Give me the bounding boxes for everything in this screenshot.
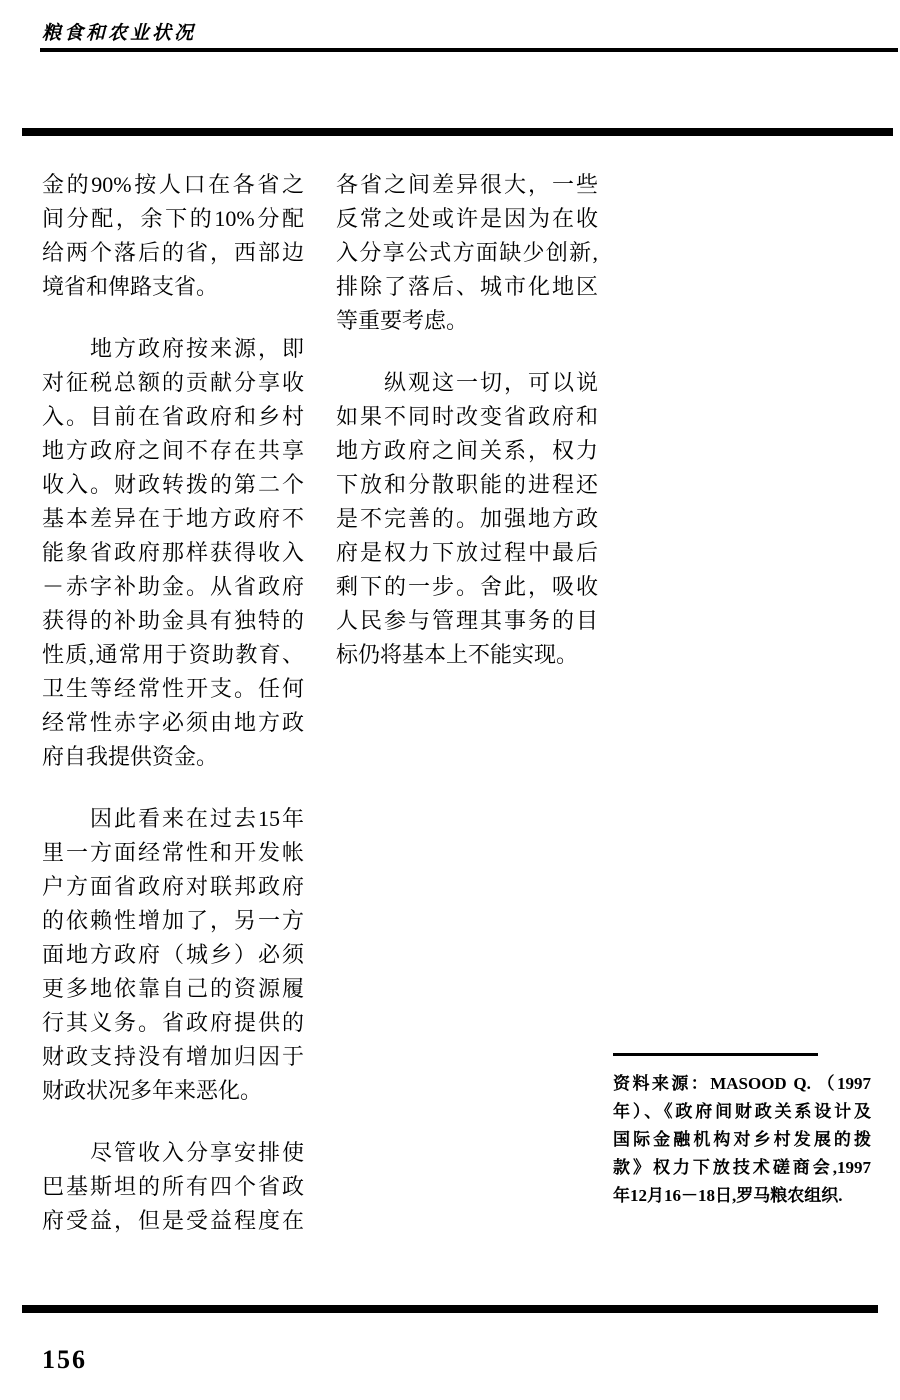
text-line: 因此看来在过去15年 [42, 802, 304, 836]
page-number: 156 [42, 1345, 87, 1375]
text-line: 基本差异在于地方政府不 [42, 502, 304, 536]
text-line: 更多地依靠自己的资源履 [42, 972, 304, 1006]
text-line: 收入。财政转拨的第二个 [42, 468, 304, 502]
right-column: 各省之间差异很大，一些反常之处或许是因为在收入分享公式方面缺少创新,排除了落后、… [336, 168, 598, 700]
text-line: 财政状况多年来恶化。 [42, 1074, 304, 1108]
text-line: 能象省政府那样获得收入 [42, 536, 304, 570]
source-note-line: 年12月16－18日,罗马粮农组织. [613, 1182, 871, 1210]
source-note-line: 资料来源：MASOOD Q. （1997 [613, 1070, 871, 1098]
source-note-text: 资料来源：MASOOD Q. （1997年）、《政府间财政关系设计及国际金融机构… [613, 1070, 871, 1210]
text-line: 对征税总额的贡献分享收 [42, 366, 304, 400]
text-line: 排除了落后、城市化地区 [336, 270, 598, 304]
paragraph: 各省之间差异很大，一些反常之处或许是因为在收入分享公式方面缺少创新,排除了落后、… [336, 168, 598, 338]
text-line: 府自我提供资金。 [42, 740, 304, 774]
text-line: 卫生等经常性开支。任何 [42, 672, 304, 706]
text-line: 地方政府之间不存在共享 [42, 434, 304, 468]
header-rule-thick [22, 128, 893, 136]
footer-rule [22, 1305, 878, 1313]
text-line: 各省之间差异很大，一些 [336, 168, 598, 202]
text-line: 巴基斯坦的所有四个省政 [42, 1170, 304, 1204]
paragraph: 尽管收入分享安排使巴基斯坦的所有四个省政府受益，但是受益程度在 [42, 1136, 304, 1238]
paragraph: 地方政府按来源，即对征税总额的贡献分享收入。目前在省政府和乡村地方政府之间不存在… [42, 332, 304, 774]
paragraph: 因此看来在过去15年里一方面经常性和开发帐户方面省政府对联邦政府的依赖性增加了，… [42, 802, 304, 1108]
source-note-line: 款》权力下放技术磋商会,1997 [613, 1154, 871, 1182]
text-line: 间分配，余下的10%分配 [42, 202, 304, 236]
text-line: 性质,通常用于资助教育、 [42, 638, 304, 672]
text-line: 如果不同时改变省政府和 [336, 400, 598, 434]
text-line: 地方政府之间关系，权力 [336, 434, 598, 468]
document-page: 粮食和农业状况 金的90%按人口在各省之间分配，余下的10%分配给两个落后的省，… [0, 0, 900, 1400]
text-line: 府是权力下放过程中最后 [336, 536, 598, 570]
text-line: 反常之处或许是因为在收 [336, 202, 598, 236]
header-rule-thin [40, 48, 898, 52]
text-line: 人民参与管理其事务的目 [336, 604, 598, 638]
text-line: －赤字补助金。从省政府 [42, 570, 304, 604]
text-line: 标仍将基本上不能实现。 [336, 638, 598, 672]
text-line: 获得的补助金具有独特的 [42, 604, 304, 638]
text-line: 行其义务。省政府提供的 [42, 1006, 304, 1040]
text-line: 境省和俾路支省。 [42, 270, 304, 304]
source-note-rule [613, 1053, 818, 1056]
text-line: 等重要考虑。 [336, 304, 598, 338]
text-line: 面地方政府（城乡）必须 [42, 938, 304, 972]
paragraph: 金的90%按人口在各省之间分配，余下的10%分配给两个落后的省，西部边境省和俾路… [42, 168, 304, 304]
text-line: 金的90%按人口在各省之 [42, 168, 304, 202]
text-line: 入分享公式方面缺少创新, [336, 236, 598, 270]
text-line: 地方政府按来源，即 [42, 332, 304, 366]
left-column: 金的90%按人口在各省之间分配，余下的10%分配给两个落后的省，西部边境省和俾路… [42, 168, 304, 1266]
text-line: 剩下的一步。舍此，吸收 [336, 570, 598, 604]
text-line: 户方面省政府对联邦政府 [42, 870, 304, 904]
text-line: 是不完善的。加强地方政 [336, 502, 598, 536]
text-line: 纵观这一切，可以说 [336, 366, 598, 400]
running-title: 粮食和农业状况 [42, 18, 196, 45]
text-line: 府受益，但是受益程度在 [42, 1204, 304, 1238]
text-line: 给两个落后的省，西部边 [42, 236, 304, 270]
source-note-line: 国际金融机构对乡村发展的拨 [613, 1126, 871, 1154]
text-line: 的依赖性增加了，另一方 [42, 904, 304, 938]
text-line: 财政支持没有增加归因于 [42, 1040, 304, 1074]
paragraph: 纵观这一切，可以说如果不同时改变省政府和地方政府之间关系，权力下放和分散职能的进… [336, 366, 598, 672]
text-line: 尽管收入分享安排使 [42, 1136, 304, 1170]
source-note: 资料来源：MASOOD Q. （1997年）、《政府间财政关系设计及国际金融机构… [613, 1053, 871, 1210]
text-line: 里一方面经常性和开发帐 [42, 836, 304, 870]
text-line: 入。目前在省政府和乡村 [42, 400, 304, 434]
source-note-line: 年）、《政府间财政关系设计及 [613, 1098, 871, 1126]
text-line: 下放和分散职能的进程还 [336, 468, 598, 502]
text-line: 经常性赤字必须由地方政 [42, 706, 304, 740]
